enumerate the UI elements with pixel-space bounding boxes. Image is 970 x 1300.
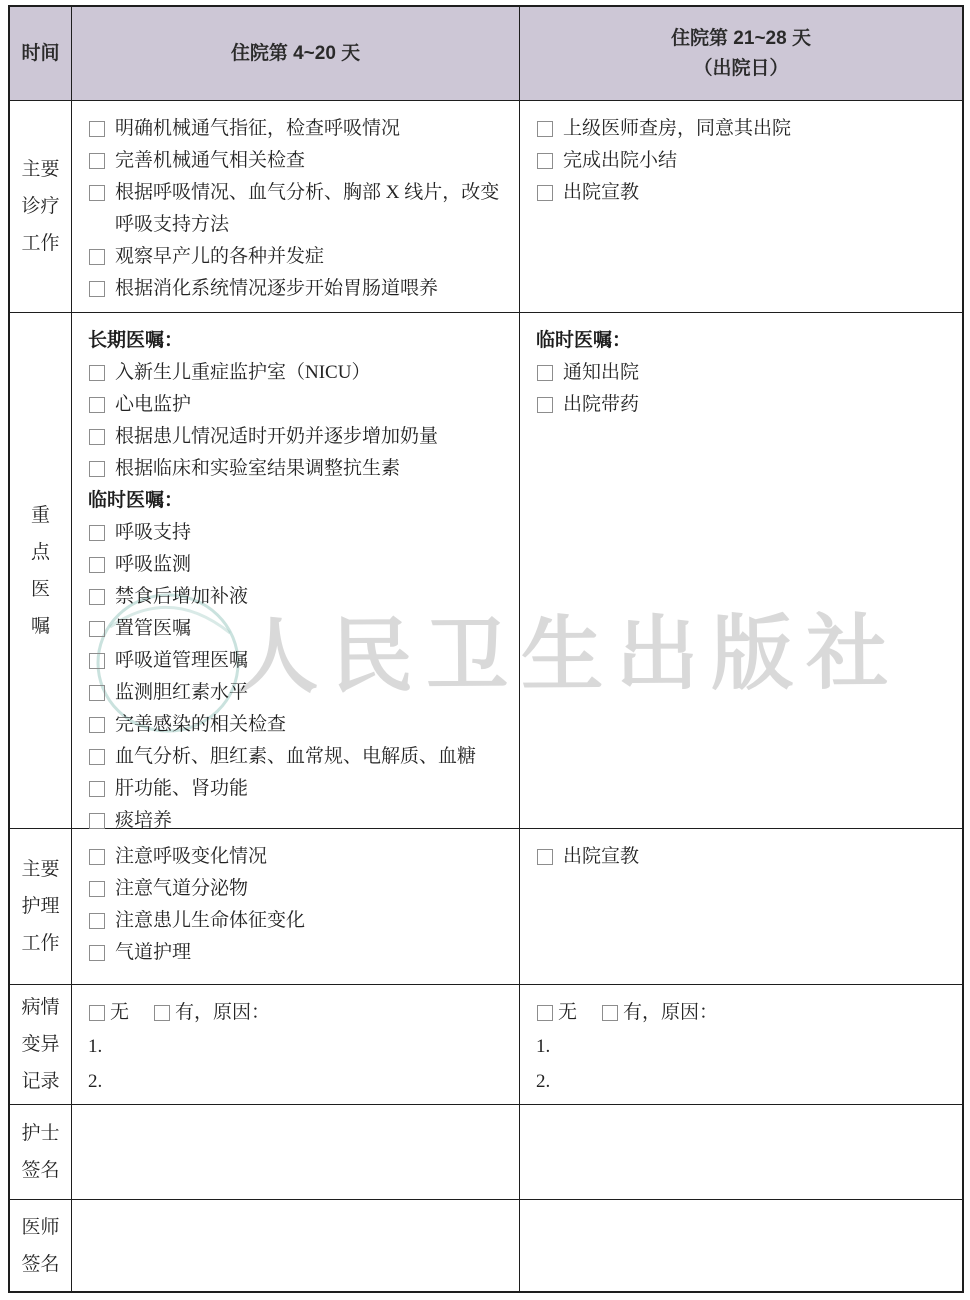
checklist-item: 根据呼吸情况、血气分析、胸部 X 线片，改变呼吸支持方法 [88, 177, 505, 241]
checklist-item-label: 通知出院 [563, 357, 948, 389]
checkbox-icon[interactable] [154, 1005, 170, 1021]
checklist-item-label: 完善机械通气相关检查 [115, 145, 505, 177]
row-label-line: 嘱 [31, 608, 50, 645]
checkbox-icon[interactable] [89, 249, 105, 265]
row-label-line: 签名 [21, 1152, 59, 1189]
checkbox-icon[interactable] [89, 525, 105, 541]
checklist-item: 通知出院 [536, 357, 948, 389]
physician-signature-blank-area[interactable] [536, 1212, 948, 1283]
checklist-item-label: 根据呼吸情况、血气分析、胸部 X 线片，改变呼吸支持方法 [115, 177, 505, 241]
variation-yes-reason-label: 有，原因： [175, 997, 270, 1029]
checklist-item-label: 呼吸支持 [115, 517, 505, 549]
checklist-item-label: 禁食后增加补液 [115, 581, 505, 613]
checkbox-icon[interactable] [537, 397, 553, 413]
row-label-line: 点 [31, 534, 50, 571]
checklist-item: 呼吸道管理医嘱 [88, 645, 505, 677]
checklist-item-label: 根据临床和实验室结果调整抗生素 [115, 453, 505, 485]
checklist-item-label: 出院宣教 [563, 841, 948, 873]
physician-signature-row-label: 医师签名 [10, 1200, 72, 1291]
checkbox-icon[interactable] [89, 153, 105, 169]
checklist-item-label: 入新生儿重症监护室（NICU） [115, 357, 505, 389]
nurse-signature-cell-day4-20[interactable] [72, 1105, 520, 1200]
checklist-item: 注意患儿生命体征变化 [88, 905, 505, 937]
header-discharge-day-label: （出院日） [693, 54, 788, 84]
row-label-line: 重 [31, 497, 50, 534]
checklist-item-label: 根据患儿情况适时开奶并逐步增加奶量 [115, 421, 505, 453]
checkbox-icon[interactable] [89, 621, 105, 637]
checklist-item: 根据消化系统情况逐步开始胃肠道喂养 [88, 273, 505, 305]
checkbox-icon[interactable] [89, 557, 105, 573]
checklist-item: 根据患儿情况适时开奶并逐步增加奶量 [88, 421, 505, 453]
checklist-item: 明确机械通气指征，检查呼吸情况 [88, 113, 505, 145]
checklist-item: 血气分析、胆红素、血常规、电解质、血糖 [88, 741, 505, 773]
checklist-item-label: 完成出院小结 [563, 145, 948, 177]
row-label-line: 工作 [21, 225, 59, 262]
checklist-item-label: 根据消化系统情况逐步开始胃肠道喂养 [115, 273, 505, 305]
checklist-item-label: 置管医嘱 [115, 613, 505, 645]
main-treatment-row-label: 主要诊疗工作 [10, 101, 72, 313]
checkbox-icon[interactable] [89, 749, 105, 765]
key-orders-cell-day4-20: 长期医嘱：入新生儿重症监护室（NICU）心电监护根据患儿情况适时开奶并逐步增加奶… [72, 313, 520, 829]
nurse-signature-row-label: 护士签名 [10, 1105, 72, 1200]
clinical-pathway-table: 时间 住院第 4~20 天 住院第 21~28 天 （出院日） 主要诊疗工作明确… [8, 5, 964, 1293]
checklist-item-label: 呼吸道管理医嘱 [115, 645, 505, 677]
header-day4-20-label: 住院第 4~20 天 [231, 39, 360, 69]
checklist-item: 入新生儿重症监护室（NICU） [88, 357, 505, 389]
variation-record-cell-day4-20: 无有，原因：1.2. [72, 985, 520, 1105]
checklist-item-label: 心电监护 [115, 389, 505, 421]
physician-signature-blank-area[interactable] [88, 1212, 505, 1283]
header-cell-day4-20: 住院第 4~20 天 [72, 7, 520, 101]
row-label-line: 主要 [21, 851, 59, 888]
header-cell-time: 时间 [10, 7, 72, 101]
key-orders-row-label: 重点医嘱 [10, 313, 72, 829]
checkbox-icon[interactable] [89, 685, 105, 701]
checkbox-icon[interactable] [89, 121, 105, 137]
checklist-item: 出院带药 [536, 389, 948, 421]
checklist-item: 监测胆红素水平 [88, 677, 505, 709]
checklist-item: 完善感染的相关检查 [88, 709, 505, 741]
checklist-item: 出院宣教 [536, 177, 948, 209]
variation-none-label: 无 [558, 997, 577, 1029]
checkbox-icon[interactable] [89, 589, 105, 605]
checkbox-icon[interactable] [89, 1005, 105, 1021]
checkbox-icon[interactable] [89, 717, 105, 733]
row-label-line: 病情 [21, 989, 59, 1026]
physician-signature-cell-day4-20[interactable] [72, 1200, 520, 1291]
checkbox-icon[interactable] [89, 945, 105, 961]
checklist-item-label: 呼吸监测 [115, 549, 505, 581]
row-label-line: 护理 [21, 888, 59, 925]
checklist-item: 完成出院小结 [536, 145, 948, 177]
row-label-line: 护士 [21, 1115, 59, 1152]
nurse-signature-blank-area[interactable] [536, 1117, 948, 1191]
checklist-item: 观察早产儿的各种并发症 [88, 241, 505, 273]
checkbox-icon[interactable] [537, 365, 553, 381]
checklist-item-label: 观察早产儿的各种并发症 [115, 241, 505, 273]
variation-yes-no-line: 无有，原因： [536, 997, 948, 1029]
header-day21-28-label: 住院第 21~28 天 [671, 24, 811, 54]
variation-record-cell-day21-28: 无有，原因：1.2. [520, 985, 962, 1105]
checkbox-icon[interactable] [89, 881, 105, 897]
variation-record-row-label: 病情变异记录 [10, 985, 72, 1105]
checkbox-icon[interactable] [89, 849, 105, 865]
row-label-line: 变异 [21, 1026, 59, 1063]
checklist-item: 呼吸监测 [88, 549, 505, 581]
row-label-line: 诊疗 [21, 188, 59, 225]
checklist-item-label: 完善感染的相关检查 [115, 709, 505, 741]
reason-line: 1. [536, 1029, 948, 1064]
main-treatment-cell-day21-28: 上级医师查房，同意其出院完成出院小结出院宣教 [520, 101, 962, 313]
orders-heading: 长期医嘱： [88, 325, 505, 357]
checklist-item: 注意气道分泌物 [88, 873, 505, 905]
header-cell-day21-28: 住院第 21~28 天 （出院日） [520, 7, 962, 101]
checkbox-icon[interactable] [89, 653, 105, 669]
checklist-item-label: 血气分析、胆红素、血常规、电解质、血糖 [115, 741, 505, 773]
header-time-label: 时间 [21, 39, 59, 69]
checklist-item-label: 注意呼吸变化情况 [115, 841, 505, 873]
checkbox-icon[interactable] [89, 185, 105, 201]
orders-heading: 临时医嘱： [88, 485, 505, 517]
checklist-item: 置管医嘱 [88, 613, 505, 645]
checklist-item: 呼吸支持 [88, 517, 505, 549]
checkbox-icon[interactable] [537, 153, 553, 169]
checklist-item: 注意呼吸变化情况 [88, 841, 505, 873]
main-nursing-cell-day21-28: 出院宣教 [520, 829, 962, 985]
nurse-signature-cell-day21-28[interactable] [520, 1105, 962, 1200]
checkbox-icon[interactable] [89, 913, 105, 929]
row-label-line: 主要 [21, 151, 59, 188]
orders-heading: 临时医嘱： [536, 325, 948, 357]
reason-line: 1. [88, 1029, 505, 1064]
checklist-item: 上级医师查房，同意其出院 [536, 113, 948, 145]
variation-none-label: 无 [110, 997, 129, 1029]
checkbox-icon[interactable] [89, 281, 105, 297]
checkbox-icon[interactable] [89, 397, 105, 413]
checklist-item-label: 明确机械通气指征，检查呼吸情况 [115, 113, 505, 145]
row-label-line: 记录 [21, 1063, 59, 1100]
checklist-item: 肝功能、肾功能 [88, 773, 505, 805]
checkbox-icon[interactable] [537, 849, 553, 865]
checklist-item: 心电监护 [88, 389, 505, 421]
checklist-item: 完善机械通气相关检查 [88, 145, 505, 177]
checkbox-icon[interactable] [89, 461, 105, 477]
checklist-item-label: 肝功能、肾功能 [115, 773, 505, 805]
checkbox-icon[interactable] [89, 429, 105, 445]
checklist-item-label: 上级医师查房，同意其出院 [563, 113, 948, 145]
checklist-item: 气道护理 [88, 937, 505, 969]
row-label-line: 医师 [21, 1209, 59, 1246]
checkbox-icon[interactable] [537, 1005, 553, 1021]
checklist-item-label: 监测胆红素水平 [115, 677, 505, 709]
checkbox-icon[interactable] [537, 185, 553, 201]
row-label-line: 签名 [21, 1246, 59, 1283]
checkbox-icon[interactable] [89, 813, 105, 829]
key-orders-cell-day21-28: 临时医嘱：通知出院出院带药 [520, 313, 962, 829]
nurse-signature-blank-area[interactable] [88, 1117, 505, 1191]
checkbox-icon[interactable] [537, 121, 553, 137]
checklist-item-label: 注意患儿生命体征变化 [115, 905, 505, 937]
reason-line: 2. [88, 1064, 505, 1099]
checklist-item-label: 出院带药 [563, 389, 948, 421]
main-nursing-row-label: 主要护理工作 [10, 829, 72, 985]
checklist-item: 根据临床和实验室结果调整抗生素 [88, 453, 505, 485]
checklist-item-label: 气道护理 [115, 937, 505, 969]
checkbox-icon[interactable] [89, 781, 105, 797]
checkbox-icon[interactable] [602, 1005, 618, 1021]
reason-line: 2. [536, 1064, 948, 1099]
variation-yes-reason-label: 有，原因： [623, 997, 718, 1029]
checklist-item-label: 出院宣教 [563, 177, 948, 209]
main-nursing-cell-day4-20: 注意呼吸变化情况注意气道分泌物注意患儿生命体征变化气道护理 [72, 829, 520, 985]
variation-yes-no-line: 无有，原因： [88, 997, 505, 1029]
row-label-line: 工作 [21, 925, 59, 962]
main-treatment-cell-day4-20: 明确机械通气指征，检查呼吸情况完善机械通气相关检查根据呼吸情况、血气分析、胸部 … [72, 101, 520, 313]
checkbox-icon[interactable] [89, 365, 105, 381]
physician-signature-cell-day21-28[interactable] [520, 1200, 962, 1291]
checklist-item: 禁食后增加补液 [88, 581, 505, 613]
checklist-item-label: 注意气道分泌物 [115, 873, 505, 905]
checklist-item: 出院宣教 [536, 841, 948, 873]
row-label-line: 医 [31, 571, 50, 608]
